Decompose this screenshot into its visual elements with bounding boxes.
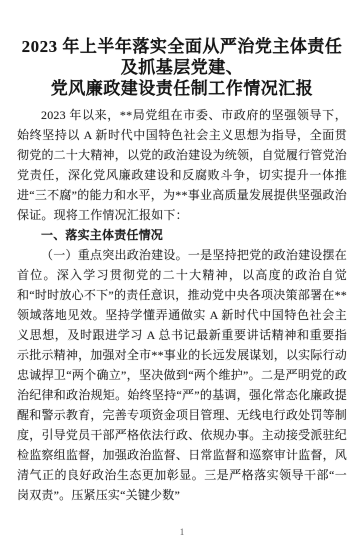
document-page: 2023 年上半年落实全面从严治党主体责任 及抓基层党建、 党风廉政建设责任制工…	[0, 0, 364, 550]
page-number: 1	[0, 527, 364, 537]
section-1-heading: 一、落实主体责任情况	[17, 225, 347, 245]
document-body: 2023 年以来，**局党组在市委、市政府的坚强领导下，始终坚持以 A 新时代中…	[17, 105, 347, 505]
paragraph-intro: 2023 年以来，**局党组在市委、市政府的坚强领导下，始终坚持以 A 新时代中…	[17, 105, 347, 225]
document-title-line-2: 及抓基层党建、	[14, 57, 350, 78]
document-title-line-3: 党风廉政建设责任制工作情况汇报	[14, 78, 350, 99]
document-title: 2023 年上半年落实全面从严治党主体责任 及抓基层党建、 党风廉政建设责任制工…	[14, 36, 350, 99]
document-title-line-1: 2023 年上半年落实全面从严治党主体责任	[14, 36, 350, 57]
paragraph-section-1: （一）重点突出政治建设。一是坚持把党的政治建设摆在首位。深入学习贯彻党的二十大精…	[17, 245, 347, 505]
